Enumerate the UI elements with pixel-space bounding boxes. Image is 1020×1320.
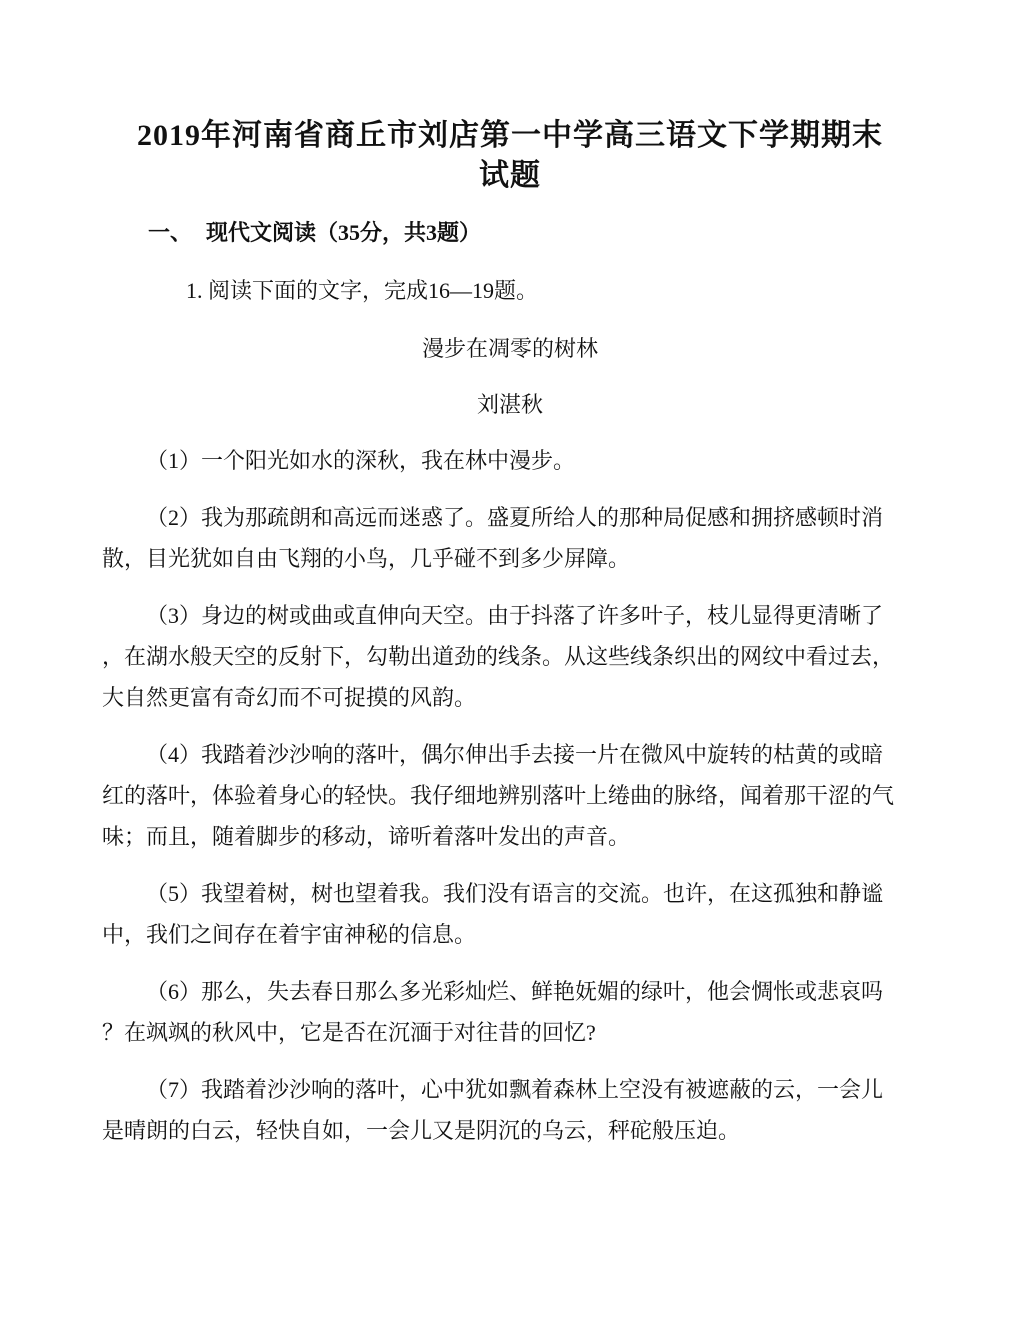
section-number: 一、	[148, 220, 192, 245]
section-heading-text: 现代文阅读（35分，共3题）	[206, 220, 481, 245]
passage-paragraph: （6）那么，失去春日那么多光彩灿烂、鲜艳妩媚的绿叶，他会惆怅或悲哀吗 ？在飒飒的…	[102, 971, 918, 1053]
question-intro: 1. 阅读下面的文字，完成16—19题。	[102, 276, 918, 306]
section-heading: 一、现代文阅读（35分，共3题）	[102, 218, 918, 248]
exam-page: 2019年河南省商丘市刘店第一中学高三语文下学期期末 试题 一、现代文阅读（35…	[0, 0, 1020, 1320]
passage-paragraph: （2）我为那疏朗和高远而迷惑了。盛夏所给人的那种局促感和拥挤感顿时消 散，目光犹…	[102, 497, 918, 579]
passage-paragraph: （1）一个阳光如水的深秋，我在林中漫步。	[102, 440, 918, 481]
document-title: 2019年河南省商丘市刘店第一中学高三语文下学期期末 试题	[102, 0, 918, 196]
passage-author: 刘湛秋	[102, 390, 918, 420]
passage-paragraph: （7）我踏着沙沙响的落叶，心中犹如飘着森林上空没有被遮蔽的云，一会儿 是晴朗的白…	[102, 1069, 918, 1151]
passage-paragraph: （4）我踏着沙沙响的落叶，偶尔伸出手去接一片在微风中旋转的枯黄的或暗 红的落叶，…	[102, 734, 918, 857]
passage-paragraph: （3）身边的树或曲或直伸向天空。由于抖落了许多叶子，枝儿显得更清晰了 ，在湖水般…	[102, 595, 918, 718]
passage-paragraphs: （1）一个阳光如水的深秋，我在林中漫步。（2）我为那疏朗和高远而迷惑了。盛夏所给…	[102, 440, 918, 1151]
passage-paragraph: （5）我望着树，树也望着我。我们没有语言的交流。也许，在这孤独和静谧 中，我们之…	[102, 873, 918, 955]
passage-title: 漫步在凋零的树林	[102, 334, 918, 364]
